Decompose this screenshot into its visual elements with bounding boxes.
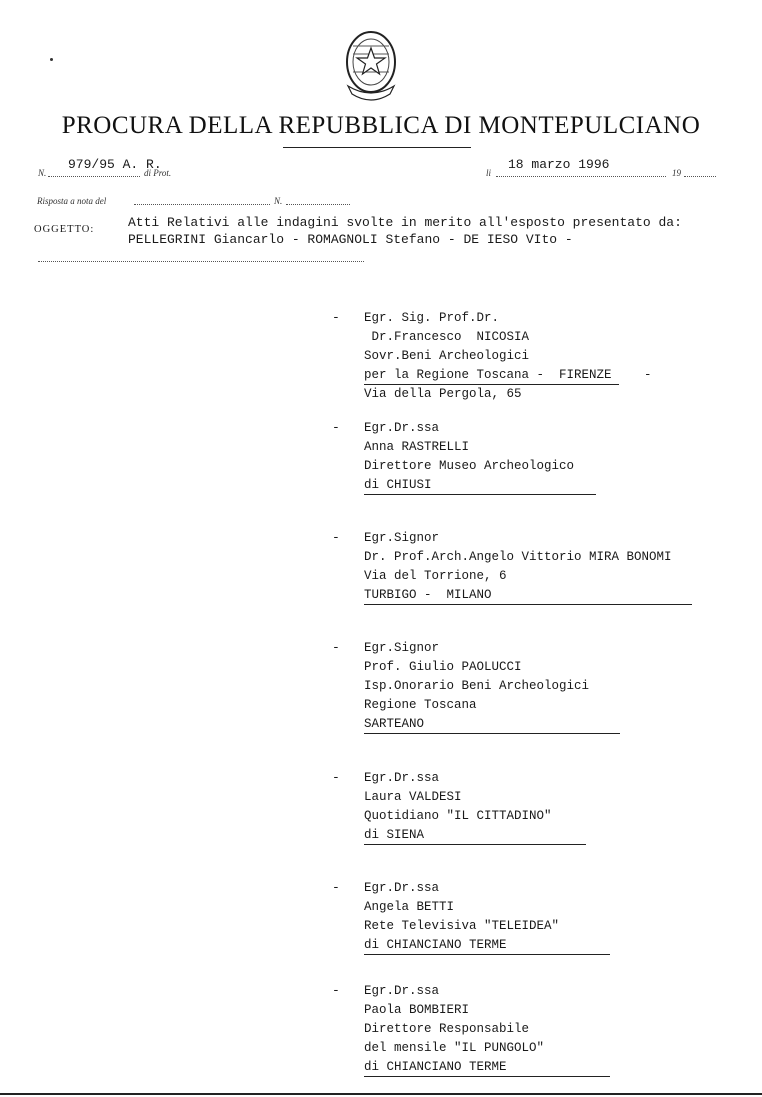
title-divider [283,147,471,148]
recipient-address-line: TURBIGO - MILANO [364,587,492,604]
recipient-address-line: Egr.Dr.ssa [364,983,439,1000]
recipient-address-line: Regione Toscana [364,697,477,714]
recipient-address-line: SARTEANO [364,716,424,733]
recipient-underline [364,604,692,605]
recipient-address-line: del mensile "IL PUNGOLO" [364,1040,544,1057]
recipient-address-line: Quotidiano "IL CITTADINO" [364,808,552,825]
recipient-address-line: Sovr.Beni Archeologici [364,348,529,365]
recipient-dash: - [332,880,340,895]
recipient-address-line: Paola BOMBIERI [364,1002,469,1019]
recipient-underline [364,733,620,734]
recipient-address-line: Dr.Francesco NICOSIA [364,329,529,346]
recipient-underline [364,844,586,845]
date-year-label: 19 [672,168,681,178]
recipient-dash: - [332,310,340,325]
reply-dots [134,204,270,205]
recipient-address-line: Laura VALDESI [364,789,462,806]
recipient-dash: - [332,420,340,435]
recipient-address-line: Direttore Museo Archeologico [364,458,574,475]
recipient-address-line: di CHIANCIANO TERME [364,1059,507,1076]
subject-label: OGGETTO: [34,224,94,235]
recipient-address-line: Anna RASTRELLI [364,439,469,456]
recipient-address-line: Via della Pergola, 65 [364,386,522,403]
recipient-address-line: di CHIUSI [364,477,432,494]
recipient-dash: - [332,770,340,785]
recipient-address-line: Egr.Dr.ssa [364,420,439,437]
document-date: 18 marzo 1996 [508,157,609,172]
recipient-underline [364,954,610,955]
reply-n-label: N. [274,196,282,206]
page-title: PROCURA DELLA REPUBBLICA DI MONTEPULCIAN… [0,112,762,140]
subject-line-1: Atti Relativi alle indagini svolte in me… [128,215,682,230]
recipient-address-line: Angela BETTI [364,899,454,916]
recipient-address-line: Via del Torrione, 6 [364,568,507,585]
recipient-address-line: Rete Televisiva "TELEIDEA" [364,918,559,935]
recipient-address-line: Egr. Sig. Prof.Dr. [364,310,499,327]
recipient-address-line: Direttore Responsabile [364,1021,529,1038]
date-place-label: li [486,168,491,178]
recipient-address-line: Egr.Dr.ssa [364,770,439,787]
italian-republic-emblem-icon [340,26,402,106]
protocol-n-label: N. [38,168,46,178]
recipient-underline [364,494,596,495]
year-dots [684,176,716,177]
subject-line-2: PELLEGRINI Giancarlo - ROMAGNOLI Stefano… [128,232,573,247]
recipient-dash: - [332,530,340,545]
page-bottom-edge [0,1093,762,1095]
recipient-address-line: Egr.Dr.ssa [364,880,439,897]
reply-n-dots [286,204,350,205]
recipient-address-line: Egr.Signor [364,640,439,657]
recipient-address-line: di SIENA [364,827,424,844]
protocol-di-prot-label: di Prot. [144,168,171,178]
scan-speck [50,58,53,61]
recipient-address-line: per la Regione Toscana - FIRENZE [364,367,612,384]
date-dots [496,176,666,177]
recipient-address-line: di CHIANCIANO TERME [364,937,507,954]
recipient-dash: - [332,983,340,998]
recipient-address-line: Prof. Giulio PAOLUCCI [364,659,522,676]
recipient-address-line: Isp.Onorario Beni Archeologici [364,678,589,695]
recipient-address-line: Egr.Signor [364,530,439,547]
recipient-underline [364,1076,610,1077]
recipient-address-line: Dr. Prof.Arch.Angelo Vittorio MIRA BONOM… [364,549,672,566]
subject-dots [38,261,364,262]
protocol-dots [48,176,140,177]
recipient-trailing-dash: - [644,367,652,384]
recipient-dash: - [332,640,340,655]
reply-label: Risposta a nota del [37,196,106,206]
